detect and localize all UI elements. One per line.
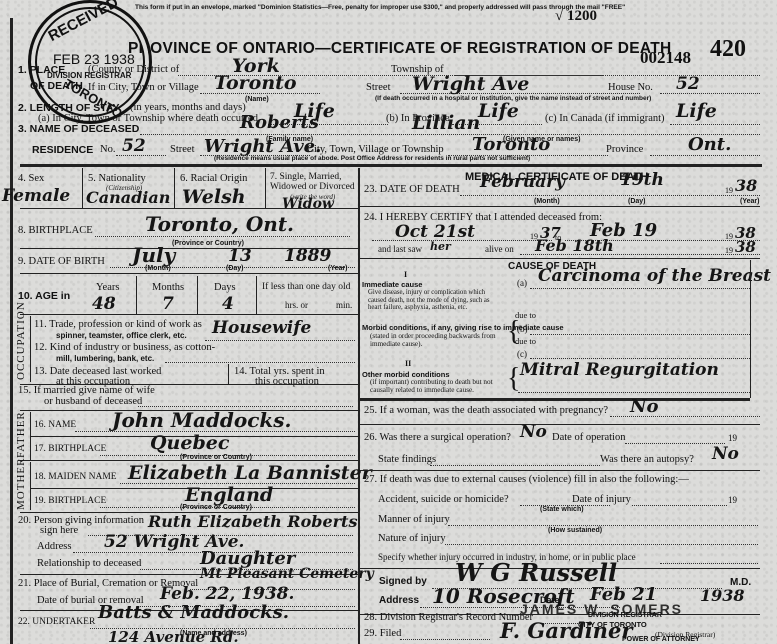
surgery-label: 26. Was there a surgical operation? <box>364 432 511 443</box>
last-saw-year-prefix: 19 <box>725 246 733 255</box>
informant-signature: Ruth Elizabeth Roberts <box>148 512 357 531</box>
father-name-value: John Maddocks. <box>112 408 292 432</box>
marital-value: Widow <box>282 196 334 212</box>
burial-date-value: Feb. 22, 1938. <box>160 584 294 604</box>
year-caption: (Year) <box>328 265 347 272</box>
cause-a-value: Carcinoma of the Breast <box>538 266 771 286</box>
informant-address-label: Address <box>37 541 71 552</box>
nationality-label: 5. Nationality <box>88 173 146 184</box>
box-divider <box>265 168 266 208</box>
death-month-value: February <box>480 172 565 192</box>
due-to-2: due to <box>515 336 536 346</box>
burial-place-value: Mt Pleasant Cemetery <box>200 566 374 582</box>
section-divider <box>20 164 762 167</box>
residence-street-value: Wright Ave. <box>204 136 321 157</box>
residence-no-label: No. <box>100 144 115 155</box>
row-line <box>360 258 760 259</box>
signed-by-label: Signed by <box>379 576 427 587</box>
last-saw-label: and last saw <box>378 244 422 254</box>
death-day-value: 19th <box>620 170 664 190</box>
operation-year-prefix: 19 <box>728 433 737 443</box>
other-conditions-value: Mitral Regurgitation <box>520 360 719 380</box>
file-mark: √ 1200 <box>555 8 597 25</box>
county-label: (County or District of <box>88 64 179 75</box>
residence-no-value: 52 <box>122 136 146 156</box>
death-year-prefix: 19 <box>725 186 733 195</box>
maiden-name-value: Elizabeth La Bannister <box>128 462 372 484</box>
row-line <box>20 460 358 461</box>
sex-value: Female <box>2 186 70 206</box>
stamp-received-text: RECEIVED <box>45 0 121 45</box>
row-line <box>20 208 358 209</box>
how-sustained-caption: (How sustained) <box>548 527 602 534</box>
physician-address-label: Address <box>379 595 419 606</box>
injury-year-prefix: 19 <box>728 495 737 505</box>
manner-label: Manner of injury <box>378 514 450 525</box>
months-label: Months <box>152 282 184 293</box>
trade-sub: spinner, teamster, office clerk, etc. <box>56 331 187 340</box>
birthplace-value: Toronto, Ont. <box>145 212 294 236</box>
filed-signature: F. Gardiner <box>500 618 632 643</box>
trade-value: Housewife <box>212 318 311 338</box>
day-caption: (Day) <box>226 265 244 272</box>
undertaker-label: 22. UNDERTAKER <box>18 617 95 627</box>
place-label-2: OF DEATH <box>30 80 83 92</box>
less-than-day-label: If less than one day old <box>262 282 350 292</box>
residence-street-label: Street <box>170 144 195 155</box>
cause-a-label: (a) <box>517 278 527 288</box>
father-birthplace-value: Quebec <box>150 432 229 454</box>
nationality-value: Canadian <box>86 188 170 207</box>
canada-stay-value: Life <box>676 100 717 122</box>
pregnancy-label: 25. If a woman, was the death associated… <box>364 405 608 416</box>
residence-city-label: City, Town, Village or Township <box>307 144 444 155</box>
page-title: PROVINCE OF ONTARIO—CERTIFICATE OF REGIS… <box>128 40 672 58</box>
age-label: 10. AGE in <box>18 290 70 302</box>
nature-label: Nature of injury <box>378 533 446 544</box>
alive-on-label: alive on <box>485 244 514 254</box>
power-of-attorney: POWER OF ATTORNEY <box>622 636 700 643</box>
industry-sub: mill, lumbering, bank, etc. <box>56 354 154 363</box>
box-divider <box>82 168 83 208</box>
row-line <box>20 314 358 315</box>
sex-label: 4. Sex <box>18 173 44 184</box>
filed-label: 29. Filed <box>364 628 401 639</box>
autopsy-label: Was there an autopsy? <box>600 454 694 465</box>
residence-label: RESIDENCE <box>32 144 93 156</box>
residence-province-label: Province <box>606 144 643 155</box>
other-note: (if important) contributing to death but… <box>370 378 500 394</box>
death-day-caption: (Day) <box>628 198 646 205</box>
mother-birthplace-caption: (Province or Country) <box>180 504 252 511</box>
left-border <box>10 18 13 644</box>
death-month-caption: (Month) <box>534 198 560 205</box>
death-date-label: 23. DATE OF DEATH <box>364 184 460 195</box>
trade-label: 11. Trade, profession or kind of work as <box>34 319 202 330</box>
undertaker-value: Batts & Maddocks. <box>98 602 289 623</box>
to-year-prefix: 19 <box>725 232 733 241</box>
residence-city-value: Toronto <box>472 134 550 155</box>
injury-date-label: Date of injury <box>572 494 631 505</box>
dob-month-value: July <box>132 243 175 267</box>
brace-icon: { <box>507 365 520 393</box>
dob-day-value: 13 <box>228 246 252 266</box>
cause-b-label: (b) <box>517 324 528 334</box>
father-birthplace-label: 17. BIRTHPLACE <box>34 444 106 454</box>
immediate-note: Give disease, injury or complication whi… <box>368 289 500 312</box>
immediate-label: Immediate cause <box>362 280 422 289</box>
attended-from-value: Oct 21st <box>395 222 475 242</box>
box-divider <box>174 168 175 208</box>
city-label: If in City, Town or Village <box>88 82 199 93</box>
racial-label: 6. Racial Origin <box>180 173 247 184</box>
certificate-number: 002148 <box>640 48 691 68</box>
box-divider <box>228 364 229 384</box>
immediate-num: I <box>404 270 407 279</box>
house-label: House No. <box>608 82 653 93</box>
family-name-value: Roberts <box>240 112 319 133</box>
mail-notice: This form if put in an envelope, marked … <box>135 4 625 11</box>
last-saw-year-value: 38 <box>735 238 756 256</box>
row-line <box>360 424 760 425</box>
min-label: min. <box>336 300 352 310</box>
deceased-name-label: 3. NAME OF DECEASED <box>18 123 139 135</box>
birthplace-label: 8. BIRTHPLACE <box>18 225 93 236</box>
city-value: Toronto <box>214 72 297 94</box>
mother-side-label: MOTHER <box>15 458 27 510</box>
row-line <box>360 470 760 471</box>
page-number: 420 <box>710 36 746 63</box>
years-value: 48 <box>92 294 116 314</box>
maiden-name-label: 18. MAIDEN NAME <box>34 472 117 482</box>
mother-birthplace-value: England <box>185 484 273 506</box>
years-label: Years <box>96 282 119 293</box>
row-line <box>360 206 760 207</box>
industry-label: 12. Kind of industry or business, as cot… <box>34 342 215 353</box>
findings-label: State findings <box>378 454 436 465</box>
dob-label: 9. DATE OF BIRTH <box>18 256 105 267</box>
box-divider <box>197 276 198 314</box>
pregnancy-value: No <box>630 396 658 417</box>
undertaker-address: 124 Avenue Rd. <box>108 628 239 644</box>
house-value: 52 <box>676 74 700 94</box>
death-year-value: 38 <box>735 176 757 195</box>
mother-birthplace-label: 19. BIRTHPLACE <box>34 496 106 506</box>
physician-signature: W G Russell <box>455 558 617 587</box>
father-side-label: FATHER <box>15 411 27 458</box>
province-stay-value: Life <box>478 100 519 122</box>
morbid-label: Morbid conditions, if any, giving rise t… <box>362 323 564 332</box>
cause-box-edge <box>750 260 751 398</box>
spouse-label: 15. If married give name of wife <box>18 385 155 396</box>
informant-label: 20. Person giving information <box>18 515 144 526</box>
state-which-caption: (State which) <box>540 506 584 513</box>
mother-bracket <box>30 462 31 510</box>
total-yrs-sub: this occupation <box>255 376 319 387</box>
place-label: 1. PLACE <box>18 64 65 76</box>
marital-label: 7. Single, Married, Widowed or Divorced <box>270 172 358 192</box>
surgery-value: No <box>520 422 547 442</box>
morbid-note: (stated in order proceeding backwards fr… <box>370 332 500 348</box>
days-label: Days <box>214 282 236 293</box>
cause-c-label: (c) <box>517 349 527 359</box>
external-causes-label: 27. If death was due to external causes … <box>364 474 689 485</box>
dob-year-value: 1889 <box>284 246 331 266</box>
occupation-side-label: OCCUPATION <box>15 301 27 380</box>
signed-year-value: 1938 <box>700 586 745 605</box>
box-divider <box>136 276 137 314</box>
informant-sub: sign here <box>40 525 78 536</box>
street-label: Street <box>366 82 391 93</box>
occupation-bracket <box>30 316 31 382</box>
last-saw-date-value: Feb 18th <box>535 236 614 255</box>
father-name-label: 16. NAME <box>34 420 76 430</box>
racial-value: Welsh <box>182 186 246 208</box>
days-value: 4 <box>222 294 234 314</box>
death-year-caption: (Year) <box>740 198 759 205</box>
hrs-label: hrs. or <box>285 300 308 310</box>
canada-stay-label: (c) In Canada (if immigrant) <box>545 113 665 124</box>
operation-date-label: Date of operation <box>552 432 625 443</box>
months-value: 7 <box>162 294 174 314</box>
last-saw-pronoun: her <box>430 240 451 253</box>
other-num: II <box>405 359 411 368</box>
spouse-sub: or husband of deceased <box>44 396 142 407</box>
month-caption: (Month) <box>145 265 171 272</box>
death-certificate: This form if put in an envelope, marked … <box>0 0 777 644</box>
row-line <box>20 273 358 274</box>
box-divider <box>256 276 257 314</box>
length-sub: (in years, months and days) <box>130 102 246 113</box>
street-value: Wright Ave <box>412 73 529 95</box>
residence-province-value: Ont. <box>688 134 731 155</box>
given-name-value: Lillian <box>412 112 480 134</box>
relationship-label: Relationship to deceased <box>37 558 141 569</box>
autopsy-value: No <box>712 444 739 464</box>
name-caption: (Name) <box>245 96 269 103</box>
residence-note: (Residence means usual place of abode. P… <box>214 155 530 162</box>
row-line <box>360 398 750 401</box>
accident-label: Accident, suicide or homicide? <box>378 494 509 505</box>
